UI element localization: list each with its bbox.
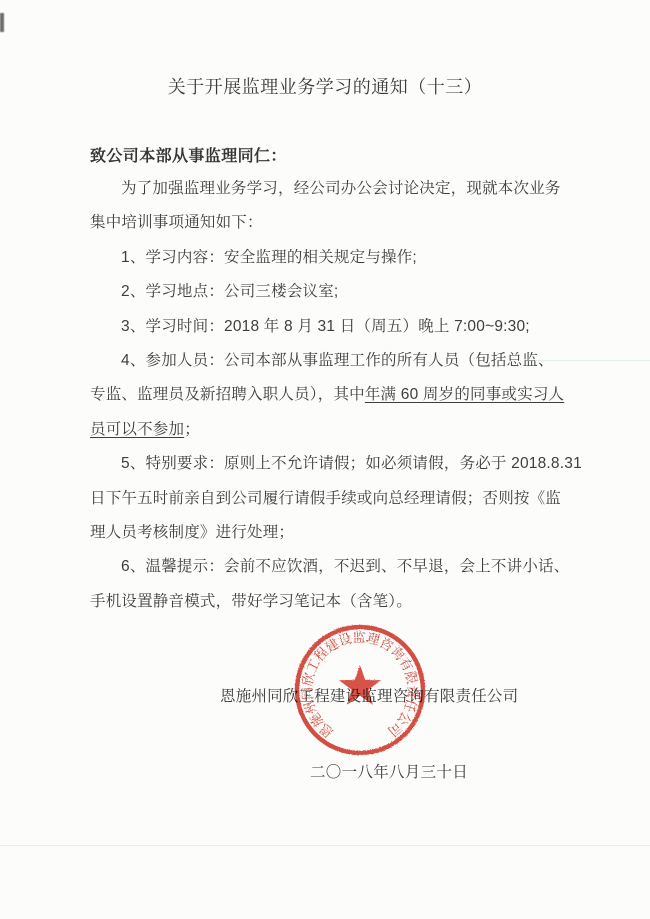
text-segment: 为了加强监理业务学习，经公司办公会讨论决定，现就本次业务 — [121, 180, 561, 197]
document-line: 手机设置静音模式，带好学习笔记本（含笔）。 — [90, 585, 600, 619]
document-line: 理人员考核制度》进行处理； — [90, 516, 600, 550]
document-line: 日下午五时前亲自到公司履行请假手续或向总经理请假；否则按《监 — [90, 482, 600, 516]
text-segment: 4、参加人员：公司本部从事监理工作的所有人员（包括总监、 — [121, 352, 554, 369]
document-line: 集中培训事项通知如下： — [90, 206, 600, 240]
document-line: 为了加强监理业务学习，经公司办公会讨论决定，现就本次业务 — [90, 172, 600, 206]
document-line: 3、学习时间：2018 年 8 月 31 日（周五）晚上 7:00~9:30; — [90, 310, 600, 344]
scan-line-artifact — [535, 360, 650, 361]
underlined-text-segment: 年满 60 周岁的同事或实习人 — [365, 386, 564, 403]
document-line: 2、学习地点：公司三楼会议室; — [90, 275, 600, 309]
text-segment: 理人员考核制度》进行处理； — [90, 524, 294, 541]
document-line: 专监、监理员及新招聘入职人员），其中年满 60 周岁的同事或实习人 — [90, 378, 600, 412]
document-line: 1、学习内容：安全监理的相关规定与操作; — [90, 241, 600, 275]
document-body: 为了加强监理业务学习，经公司办公会讨论决定，现就本次业务集中培训事项通知如下：1… — [90, 172, 600, 619]
document-line: 员可以不参加； — [90, 413, 600, 447]
text-segment: 集中培训事项通知如下： — [90, 214, 263, 231]
text-segment: 日下午五时前亲自到公司履行请假手续或向总经理请假；否则按《监 — [90, 490, 561, 507]
document-line: 6、温馨提示：会前不应饮酒，不迟到、不早退，会上不讲小话、 — [90, 550, 600, 584]
text-segment: ； — [184, 421, 200, 438]
scanned-notice-page: 关于开展监理业务学习的通知（十三） 致公司本部从事监理同仁： 为了加强监理业务学… — [0, 0, 650, 919]
text-segment: 5、特别要求：原则上不允许请假；如必须请假，务必于 2018.8.31 — [121, 455, 582, 472]
underlined-text-segment: 员可以不参加 — [90, 421, 184, 438]
text-segment: 6、温馨提示：会前不应饮酒，不迟到、不早退，会上不讲小话、 — [121, 558, 569, 575]
document-salutation: 致公司本部从事监理同仁： — [90, 143, 287, 166]
text-segment: 手机设置静音模式，带好学习笔记本（含笔）。 — [90, 593, 412, 610]
text-segment: 专监、监理员及新招聘入职人员），其中 — [90, 386, 365, 403]
text-segment: 2、学习地点：公司三楼会议室; — [121, 283, 338, 300]
text-segment: 1、学习内容：安全监理的相关规定与操作; — [121, 249, 417, 266]
document-line: 4、参加人员：公司本部从事监理工作的所有人员（包括总监、 — [90, 344, 600, 378]
scan-line-artifact — [0, 845, 650, 846]
seal-star-icon — [339, 665, 381, 705]
scan-edge-artifact — [0, 13, 4, 32]
document-line: 5、特别要求：原则上不允许请假；如必须请假，务必于 2018.8.31 — [90, 447, 600, 481]
company-seal-stamp: 恩施州同欣工程建设监理咨询有限责任公司 — [285, 615, 435, 765]
text-segment: 3、学习时间：2018 年 8 月 31 日（周五）晚上 7:00~9:30; — [121, 318, 530, 335]
document-title: 关于开展监理业务学习的通知（十三） — [0, 73, 650, 99]
